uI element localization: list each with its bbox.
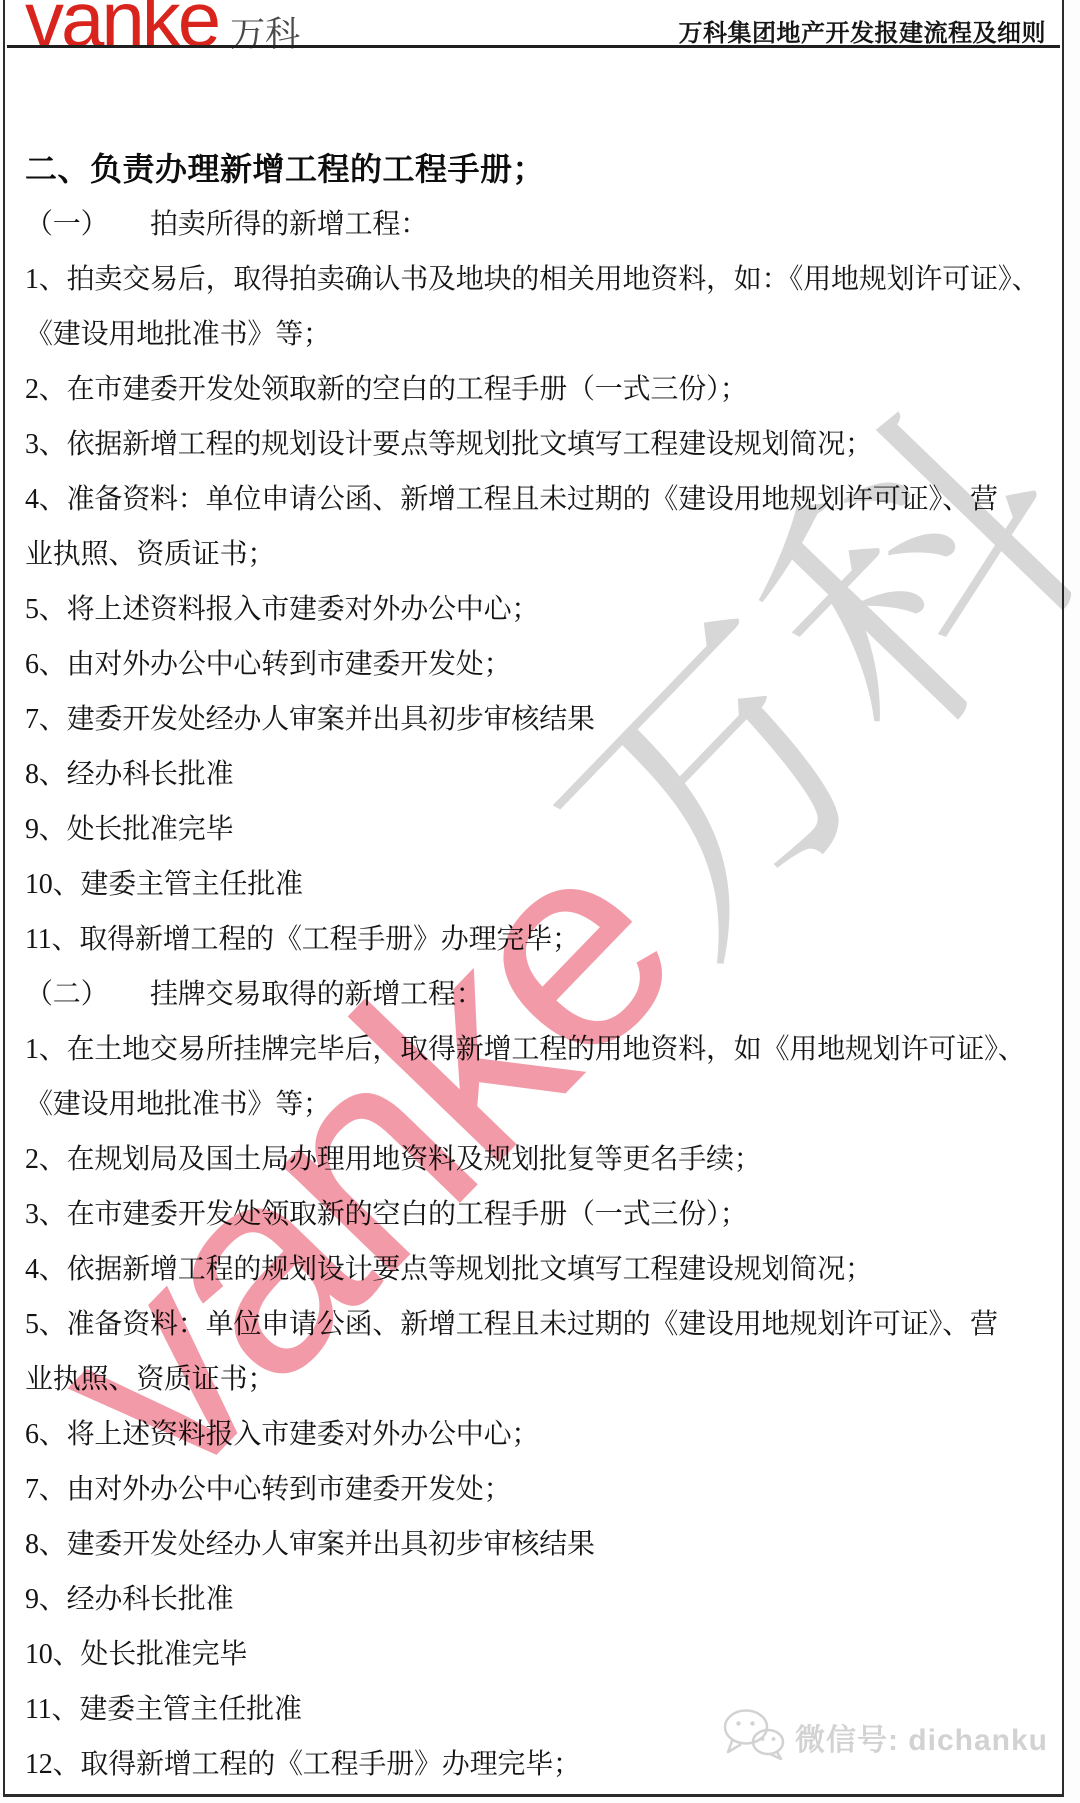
document-line: 2、在规划局及国土局办理用地资料及规划批复等更名手续； (25, 1132, 1057, 1187)
document-line: 2、在市建委开发处领取新的空白的工程手册（一式三份）； (25, 362, 1057, 417)
document-page: vanke 万科 万科集团地产开发报建流程及细则 二、负责办理新增工程的工程手册… (0, 0, 1080, 1803)
document-line: （二） 挂牌交易取得的新增工程： (25, 967, 1057, 1022)
document-line: 10、处长批准完毕 (25, 1627, 1057, 1682)
document-header-title: 万科集团地产开发报建流程及细则 (679, 13, 1047, 48)
document-line: 3、依据新增工程的规划设计要点等规划批文填写工程建设规划简况； (25, 417, 1057, 472)
header-rule-divider (7, 45, 1060, 48)
vanke-logo: vanke 万科 (25, 0, 300, 58)
document-line: 业执照、资质证书； (25, 1352, 1057, 1407)
page-sheet-border: vanke 万科 万科集团地产开发报建流程及细则 二、负责办理新增工程的工程手册… (3, 0, 1064, 1797)
document-line: 9、经办科长批准 (25, 1572, 1057, 1627)
document-line: 4、准备资料：单位申请公函、新增工程且未过期的《建设用地规划许可证》、营 (25, 472, 1057, 527)
document-line: 7、建委开发处经办人审案并出具初步审核结果 (25, 692, 1057, 747)
document-line: 7、由对外办公中心转到市建委开发处； (25, 1462, 1057, 1517)
document-line: 5、准备资料：单位申请公函、新增工程且未过期的《建设用地规划许可证》、营 (25, 1297, 1057, 1352)
document-line: 6、由对外办公中心转到市建委开发处； (25, 637, 1057, 692)
document-line: 1、在土地交易所挂牌完毕后，取得新增工程的用地资料，如《用地规划许可证》、 (25, 1022, 1057, 1077)
document-line: 二、负责办理新增工程的工程手册； (25, 142, 1057, 197)
document-line: 8、建委开发处经办人审案并出具初步审核结果 (25, 1517, 1057, 1572)
document-line: 1、拍卖交易后，取得拍卖确认书及地块的相关用地资料，如：《用地规划许可证》、 (25, 252, 1057, 307)
document-line: 11、取得新增工程的《工程手册》办理完毕； (25, 912, 1057, 967)
document-line: （一） 拍卖所得的新增工程： (25, 197, 1057, 252)
document-line: 6、将上述资料报入市建委对外办公中心； (25, 1407, 1057, 1462)
vanke-logo-latin: vanke (25, 0, 218, 58)
document-line: 5、将上述资料报入市建委对外办公中心； (25, 582, 1057, 637)
document-line: 业执照、资质证书； (25, 527, 1057, 582)
document-line: 4、依据新增工程的规划设计要点等规划批文填写工程建设规划简况； (25, 1242, 1057, 1297)
wechat-badge: 微信号: dichanku (721, 1707, 1048, 1766)
document-line: 《建设用地批准书》等； (25, 1077, 1057, 1132)
document-line: 3、在市建委开发处领取新的空白的工程手册（一式三份）； (25, 1187, 1057, 1242)
document-line: 《建设用地批准书》等； (25, 307, 1057, 362)
document-line: 10、建委主管主任批准 (25, 857, 1057, 912)
document-body: 二、负责办理新增工程的工程手册；（一） 拍卖所得的新增工程：1、拍卖交易后，取得… (25, 142, 1057, 1792)
wechat-id-label: 微信号: dichanku (795, 1715, 1048, 1759)
document-line: 9、处长批准完毕 (25, 802, 1057, 857)
document-line: 8、经办科长批准 (25, 747, 1057, 802)
wechat-icon (721, 1707, 785, 1766)
